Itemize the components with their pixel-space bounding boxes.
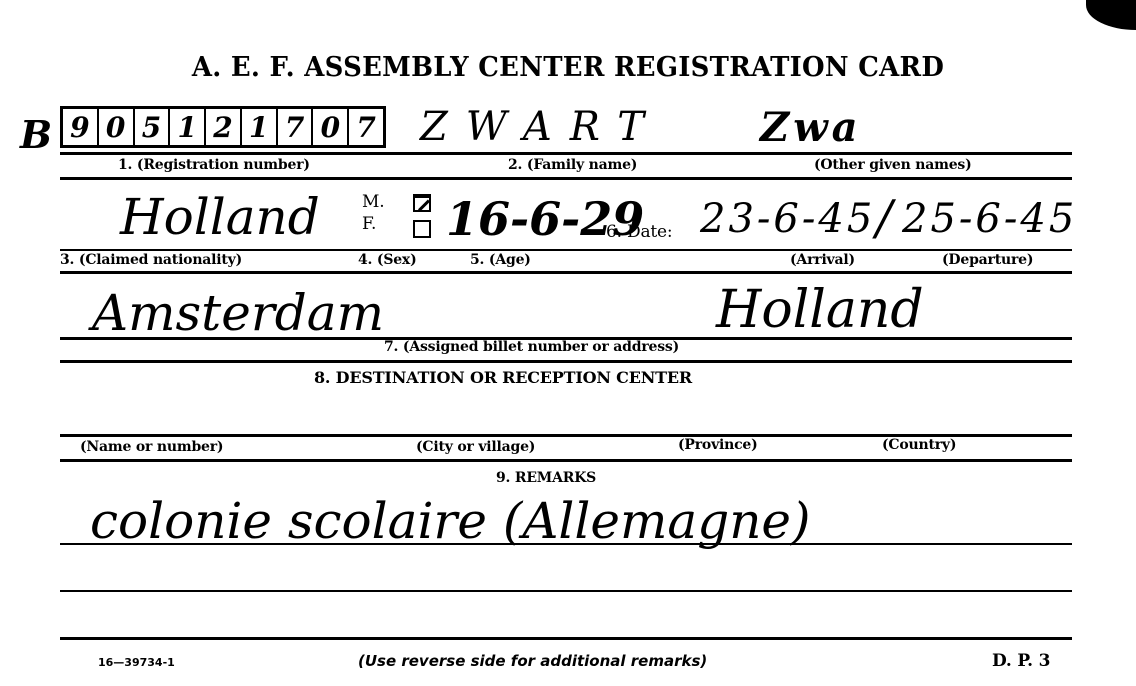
destination-country-label: (Country) xyxy=(882,437,956,453)
departure-label: (Departure) xyxy=(942,252,1033,268)
form-code: D. P. 3 xyxy=(992,651,1050,671)
given-names-label: (Other given names) xyxy=(814,157,972,173)
sex-label: 4. (Sex) xyxy=(358,252,417,268)
destination-province-label: (Province) xyxy=(678,437,758,453)
destination-lower-rule xyxy=(60,459,1072,462)
date-label: 6. Date: xyxy=(606,222,672,242)
remarks-rule-1 xyxy=(60,543,1072,545)
billet-label: 7. (Assigned billet number or address) xyxy=(384,339,679,355)
nationality-value: Holland xyxy=(120,188,320,246)
billet-country-value: Holland xyxy=(716,280,924,340)
remarks-rule-3 xyxy=(60,637,1072,640)
family-name-label: 2. (Family name) xyxy=(508,157,637,173)
age-label: 5. (Age) xyxy=(470,252,531,268)
reverse-side-note: (Use reverse side for additional remarks… xyxy=(358,652,707,670)
remarks-value: colonie scolaire (Allemagne) xyxy=(90,492,811,550)
registration-digit: 9 xyxy=(63,109,99,145)
destination-name-label: (Name or number) xyxy=(80,439,223,455)
form-number: 16—39734-1 xyxy=(98,656,175,669)
scan-corner-shadow xyxy=(1086,0,1136,30)
sex-m-checkbox[interactable] xyxy=(413,194,431,212)
registration-digit: 2 xyxy=(206,109,242,145)
destination-city-label: (City or village) xyxy=(416,439,535,455)
registration-digit: 0 xyxy=(313,109,349,145)
arrival-date-value: 23-6-45 xyxy=(700,196,875,242)
nationality-label: 3. (Claimed nationality) xyxy=(60,252,242,268)
family-name-value: ZWART xyxy=(420,104,662,150)
registration-number-box: 9 0 5 1 2 1 7 0 7 xyxy=(60,106,386,148)
remarks-rule-2 xyxy=(60,590,1072,592)
registration-digit: 7 xyxy=(349,109,383,145)
row3-lower-rule xyxy=(60,360,1072,363)
row1-lower-rule xyxy=(60,177,1072,180)
registration-prefix: B xyxy=(20,112,52,157)
sex-option-f: F. xyxy=(362,214,376,234)
billet-city-value: Amsterdam xyxy=(92,284,384,342)
departure-date-value: 25-6-45 xyxy=(902,196,1077,242)
card-title: A. E. F. ASSEMBLY CENTER REGISTRATION CA… xyxy=(23,52,1114,83)
registration-digit: 1 xyxy=(242,109,278,145)
registration-number-label: 1. (Registration number) xyxy=(118,157,310,173)
registration-digit: 1 xyxy=(170,109,206,145)
date-separator: / xyxy=(876,190,892,246)
registration-digit: 7 xyxy=(278,109,314,145)
registration-digit: 5 xyxy=(135,109,171,145)
row2-lower-rule xyxy=(60,271,1072,274)
remarks-heading: 9. REMARKS xyxy=(496,470,596,486)
destination-heading: 8. DESTINATION OR RECEPTION CENTER xyxy=(314,368,692,387)
row1-upper-rule xyxy=(60,152,1072,155)
registration-digit: 0 xyxy=(99,109,135,145)
row2-upper-rule xyxy=(60,249,1072,251)
given-names-value: Zwa xyxy=(760,104,862,151)
sex-f-checkbox[interactable] xyxy=(413,220,431,238)
arrival-label: (Arrival) xyxy=(790,252,855,268)
sex-option-m: M. xyxy=(362,192,384,212)
